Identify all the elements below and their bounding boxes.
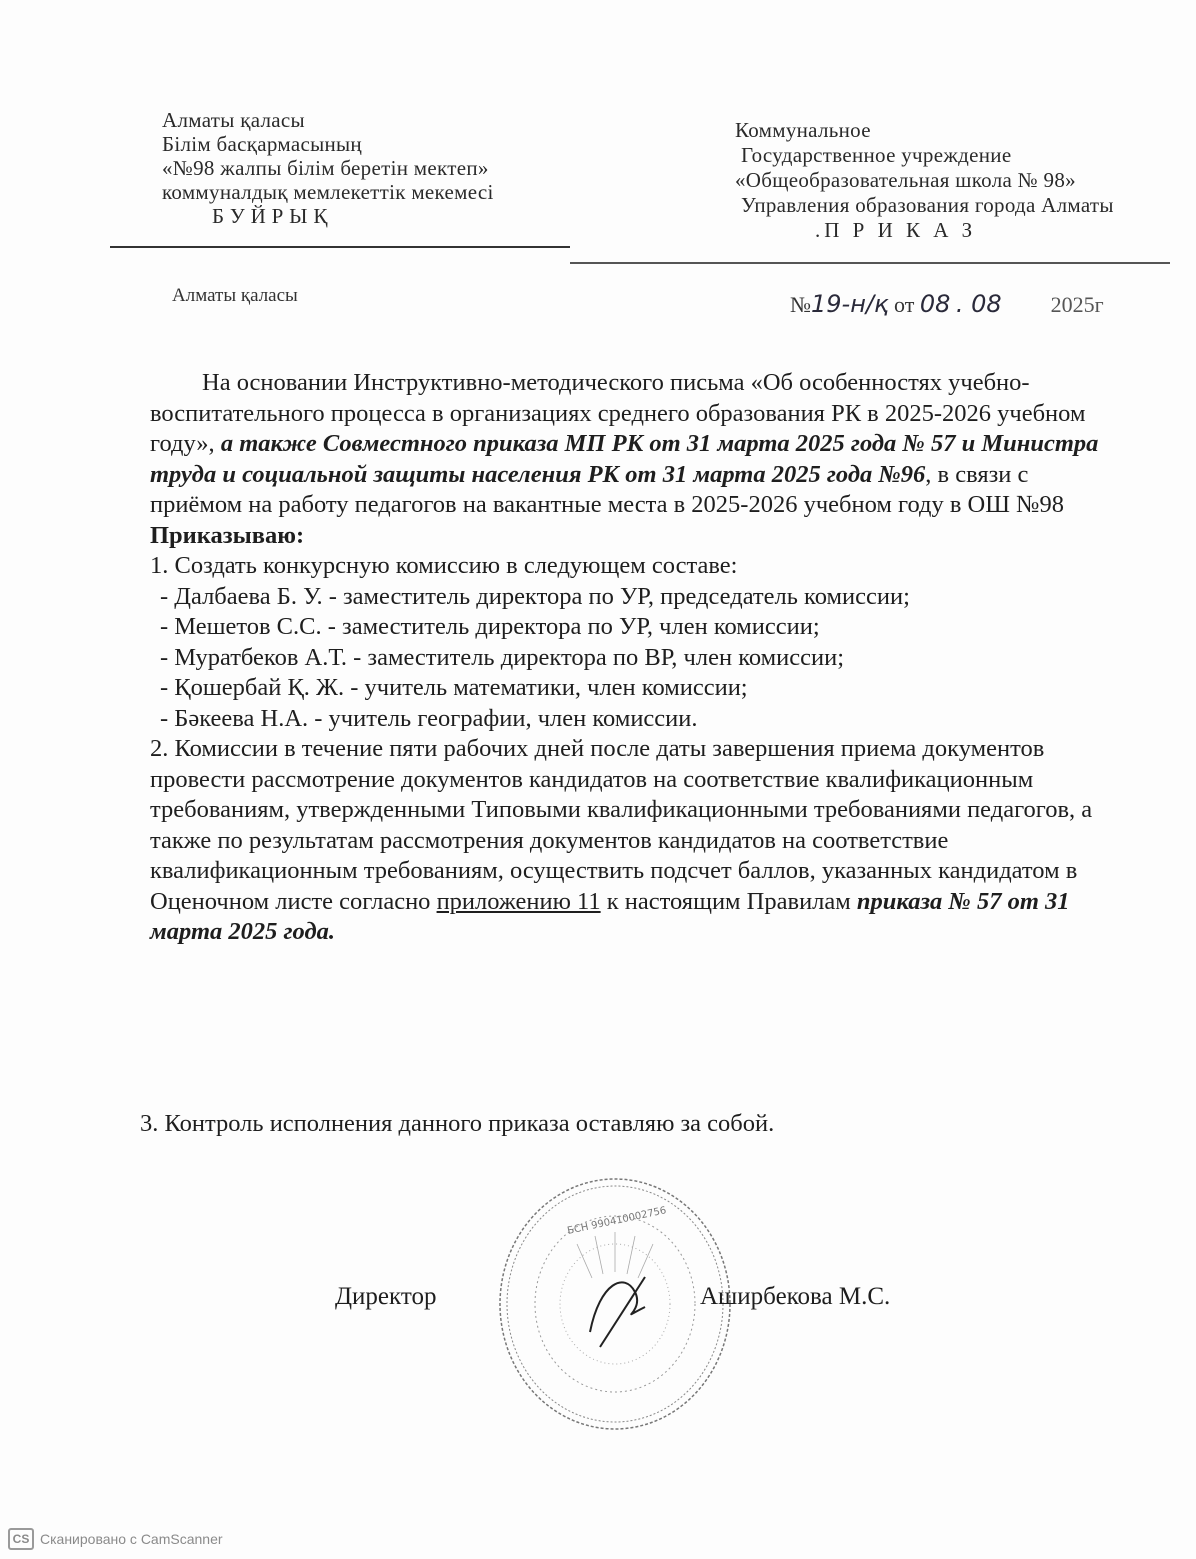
item-1-title: 1. Создать конкурсную комиссию в следующ… xyxy=(150,551,1110,582)
order-number-handwritten: 19-н/қ xyxy=(811,290,888,318)
watermark-text: Сканировано с CamScanner xyxy=(40,1531,223,1547)
item-3-paragraph: 3. Контроль исполнения данного приказа о… xyxy=(140,1110,774,1138)
preamble-paragraph: На основании Инструктивно-методического … xyxy=(150,368,1110,521)
header-divider-left xyxy=(110,246,570,248)
order-body: На основании Инструктивно-методического … xyxy=(150,368,1110,948)
header-kz-line: Білім басқармасының xyxy=(162,132,494,156)
header-kazakh-block: Алматы қаласы Білім басқармасының «№98 ж… xyxy=(162,108,494,228)
header-ru-line: «Общеобразовательная школа № 98» xyxy=(735,168,1114,193)
commission-member: - Далбаева Б. У. - заместитель директора… xyxy=(150,582,1110,613)
commission-member: - Муратбеков А.Т. - заместитель директор… xyxy=(150,643,1110,674)
header-divider-right xyxy=(570,262,1170,264)
header-kz-title: Б У Й Р Ы Қ xyxy=(162,204,494,228)
header-ru-title: .П Р И К А З xyxy=(735,218,1114,243)
city-label: Алматы қаласы xyxy=(172,285,298,307)
commission-member: - Бәкеева Н.А. - учитель географии, член… xyxy=(150,704,1110,735)
signature-position: Директор xyxy=(335,1283,436,1311)
date-year: 2025г xyxy=(1051,292,1104,317)
header-ru-line: Коммунальное xyxy=(735,118,1114,143)
header-russian-block: Коммунальное Государственное учреждение … xyxy=(735,118,1114,243)
appendix-link[interactable]: приложению 11 xyxy=(437,888,601,915)
header-ru-line: Государственное учреждение xyxy=(735,143,1114,168)
header-kz-line: коммуналдық мемлекеттік мекемесі xyxy=(162,180,494,204)
order-word: Приказываю: xyxy=(150,521,1110,552)
date-from: от xyxy=(894,292,914,317)
commission-member: - Қошербай Қ. Ж. - учитель математики, ч… xyxy=(150,673,1110,704)
svg-text:БСН 990410002756: БСН 990410002756 xyxy=(566,1205,667,1237)
header-kz-line: «№98 жалпы білім беретін мектеп» xyxy=(162,156,494,180)
director-name: Аширбекова М.С. xyxy=(700,1283,890,1311)
commission-member: - Мешетов С.С. - заместитель директора п… xyxy=(150,612,1110,643)
header-ru-line: Управления образования города Алматы xyxy=(735,193,1114,218)
scanner-watermark: CS Сканировано с CamScanner xyxy=(8,1528,223,1550)
header-kz-line: Алматы қаласы xyxy=(162,108,494,132)
date-day: 08 xyxy=(920,290,951,318)
camscanner-logo-icon: CS xyxy=(8,1528,34,1550)
official-stamp: БСН 990410002756 xyxy=(495,1172,735,1437)
item-2-paragraph: 2. Комиссии в течение пяти рабочих дней … xyxy=(150,734,1110,948)
date-month: 08 xyxy=(971,290,1002,318)
stamp-seal-icon: БСН 990410002756 xyxy=(495,1172,735,1437)
order-number-date: №19-н/қ от 08 . 08 2025г xyxy=(790,290,1104,318)
number-prefix: № xyxy=(790,292,811,317)
